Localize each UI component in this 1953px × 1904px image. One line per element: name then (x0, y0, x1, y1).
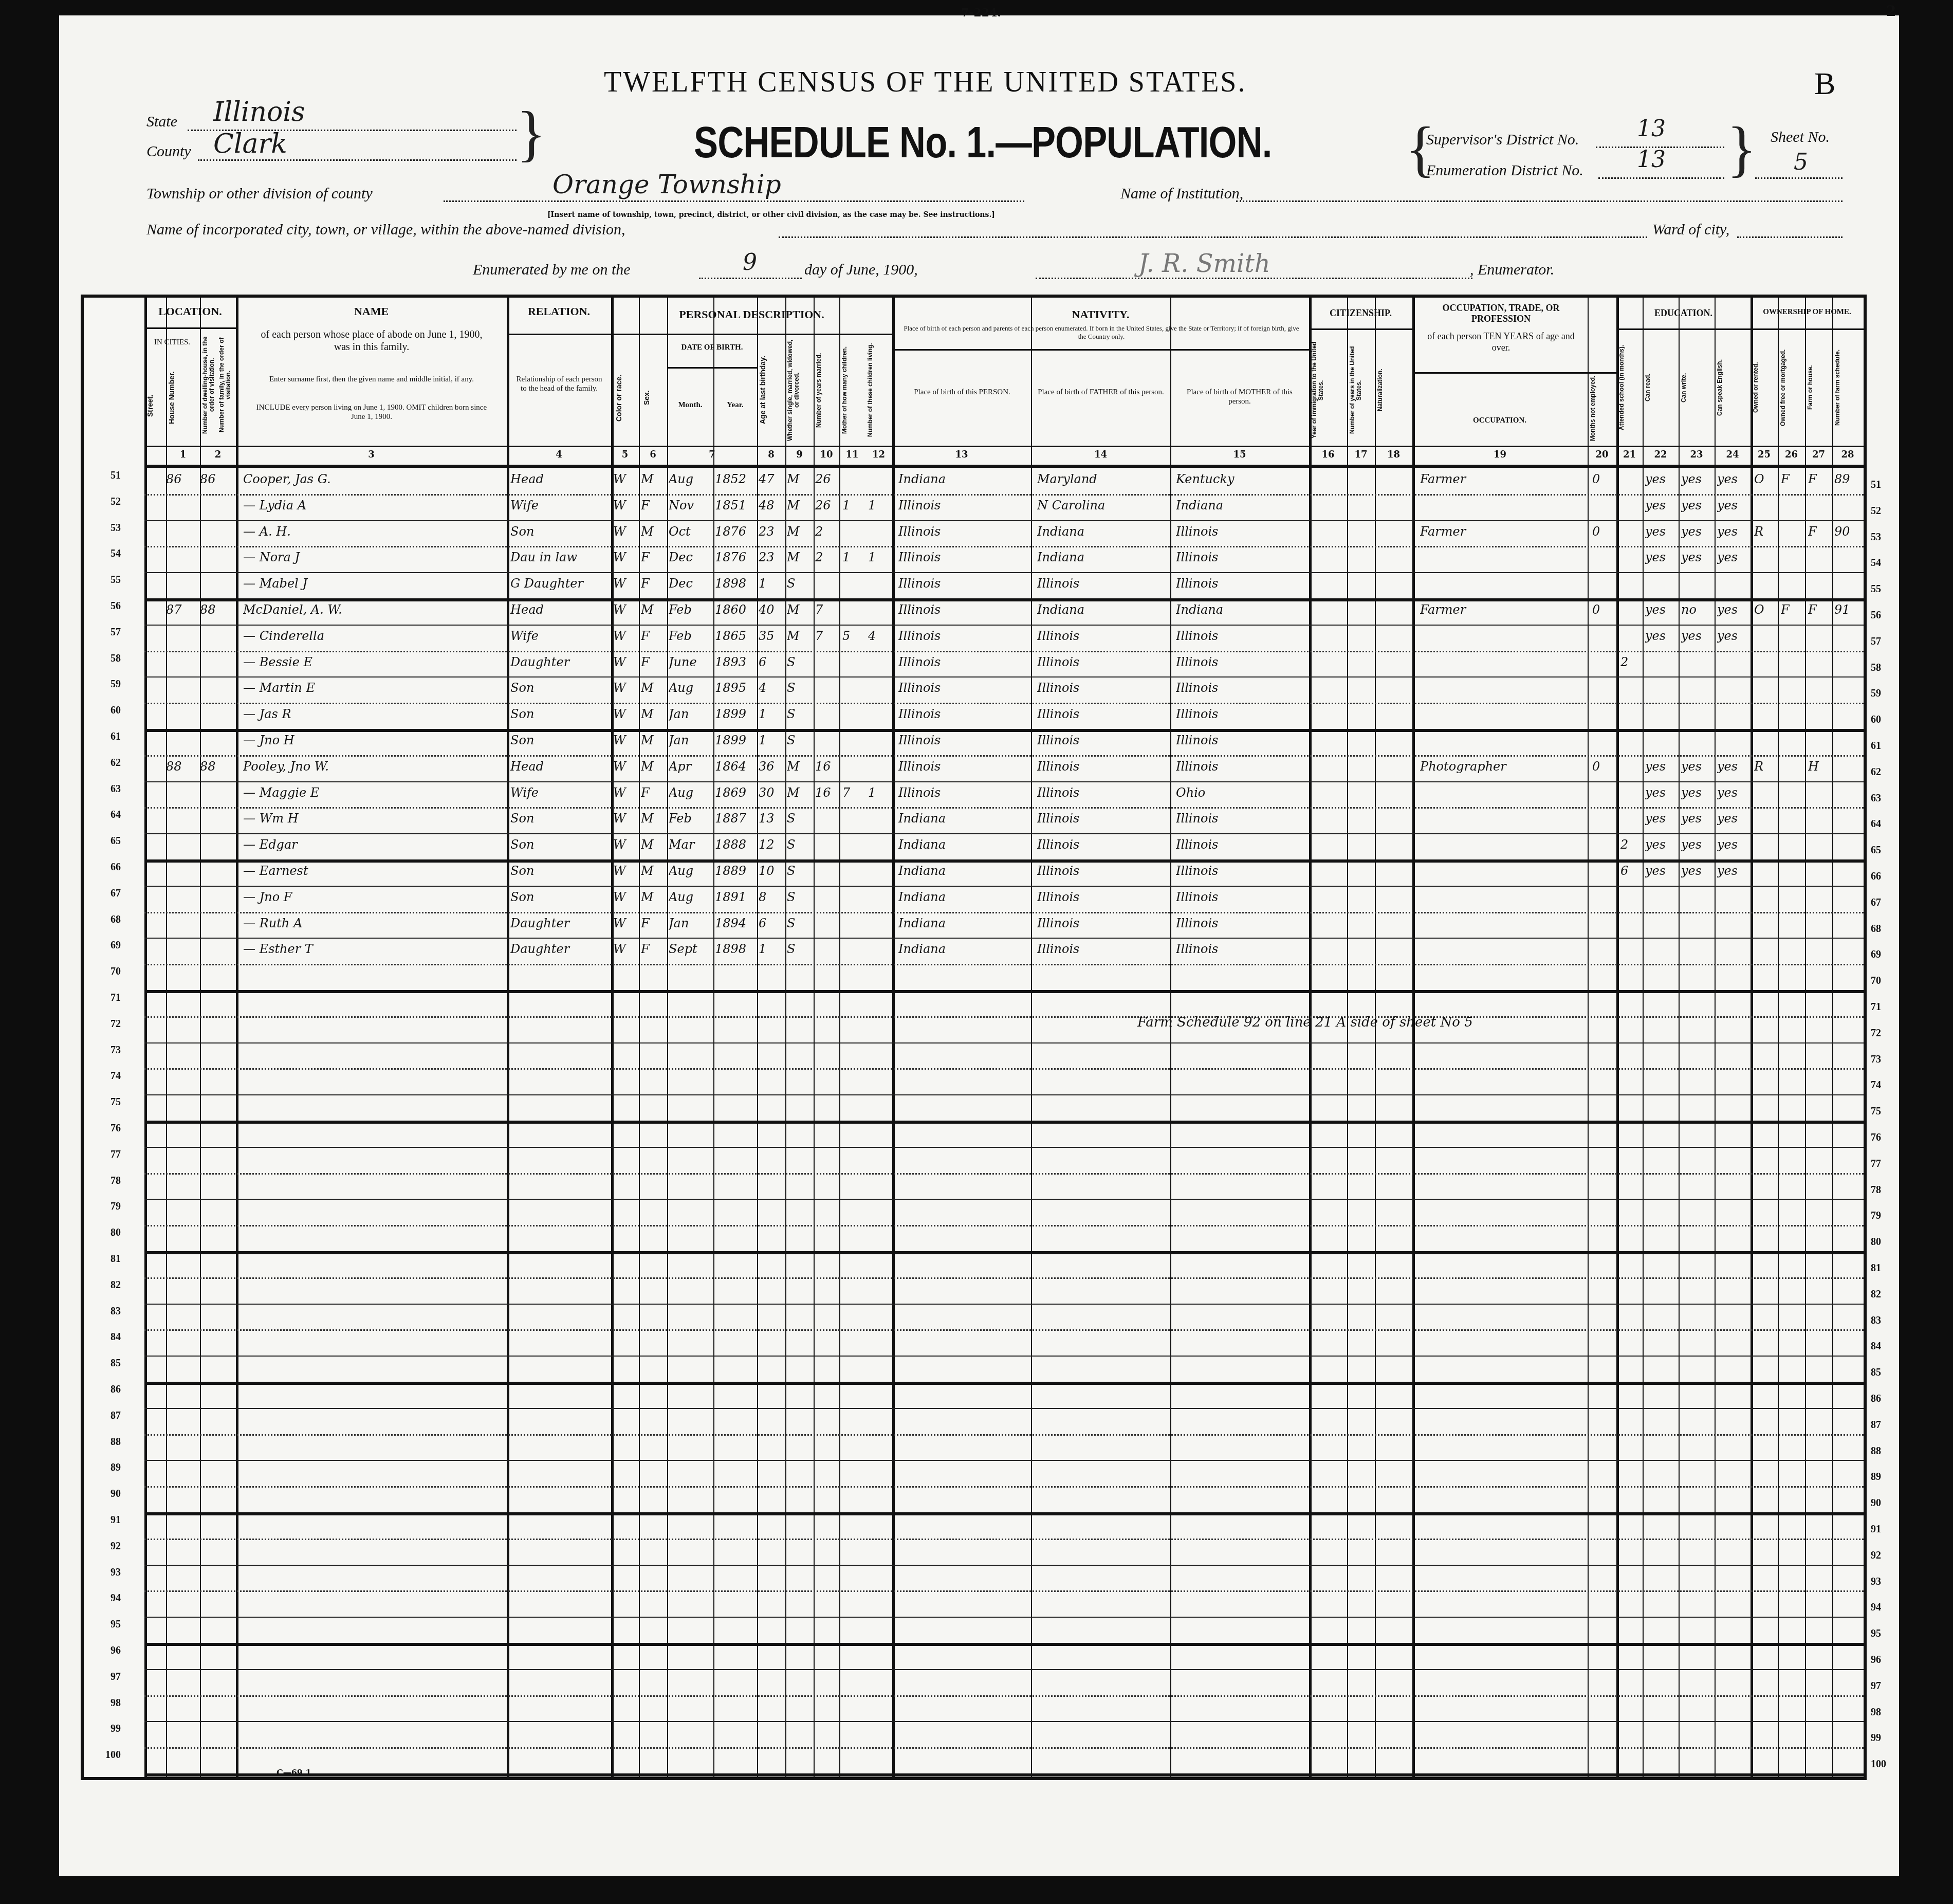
cell-age[interactable]: 4 (759, 681, 784, 695)
cell-year[interactable]: 1893 (715, 655, 756, 669)
cell-pob[interactable]: Illinois (898, 707, 1029, 721)
cell-sex[interactable]: M (641, 681, 667, 695)
cell-name[interactable]: — Esther T (243, 942, 505, 956)
cell-marital[interactable]: M (787, 785, 813, 800)
line-number-left: 95 (90, 1619, 121, 1631)
cell-living[interactable]: 1 (868, 550, 890, 564)
cell-relation[interactable]: Wife (510, 785, 611, 800)
cell-year[interactable]: 1899 (715, 733, 756, 747)
cell-years-married[interactable]: 2 (815, 550, 839, 564)
cell-year[interactable]: 1865 (715, 629, 756, 643)
cell-pob-father[interactable]: Illinois (1037, 576, 1168, 591)
cell-name[interactable]: McDaniel, A. W. (243, 602, 505, 617)
cell-pob[interactable]: Illinois (898, 550, 1029, 564)
cell-read[interactable]: yes (1645, 864, 1677, 878)
cell-pob-father[interactable]: Illinois (1037, 655, 1168, 669)
cell-relation[interactable]: Son (510, 733, 611, 747)
enumeration-value[interactable]: 13 (1637, 147, 1666, 173)
cell-write[interactable]: yes (1681, 629, 1713, 643)
cell-sex[interactable]: M (641, 472, 667, 486)
cell-month[interactable]: Feb (669, 811, 712, 826)
enumerated-day[interactable]: 9 (743, 249, 757, 276)
cell-month[interactable]: Jan (669, 707, 712, 721)
cell-name[interactable]: — Jno F (243, 890, 505, 904)
cell-name[interactable]: Cooper, Jas G. (243, 472, 505, 486)
cell-year[interactable]: 1852 (715, 472, 756, 486)
cell-farm-house[interactable]: F (1808, 472, 1831, 486)
cell-farm-house[interactable]: H (1808, 759, 1831, 774)
cell-age[interactable]: 6 (759, 655, 784, 669)
cell-sex[interactable]: F (641, 629, 667, 643)
cell-pob-mother[interactable]: Illinois (1176, 707, 1307, 721)
cell-marital[interactable]: M (787, 550, 813, 564)
cell-write[interactable]: no (1681, 602, 1713, 617)
cell-pob[interactable]: Indiana (898, 890, 1029, 904)
cell-read[interactable]: yes (1645, 602, 1677, 617)
cell-english[interactable]: yes (1717, 498, 1749, 512)
cell-name[interactable]: Pooley, Jno W. (243, 759, 505, 774)
cell-pob-father[interactable]: Illinois (1037, 733, 1168, 747)
cell-color[interactable]: W (613, 576, 639, 591)
cell-pob-mother[interactable]: Illinois (1176, 890, 1307, 904)
cell-dwelling[interactable]: 88 (166, 759, 200, 774)
cell-pob-father[interactable]: Indiana (1037, 550, 1168, 564)
cell-pob-mother[interactable]: Illinois (1176, 916, 1307, 930)
cell-age[interactable]: 8 (759, 890, 784, 904)
cell-pob[interactable]: Illinois (898, 524, 1029, 539)
cell-name[interactable]: — Lydia A (243, 498, 505, 512)
cell-name[interactable]: — Bessie E (243, 655, 505, 669)
cell-read[interactable]: yes (1645, 498, 1677, 512)
cell-month[interactable]: Apr (669, 759, 712, 774)
cell-pob[interactable]: Illinois (898, 759, 1029, 774)
cell-pob-mother[interactable]: Illinois (1176, 811, 1307, 826)
cell-name[interactable]: — Edgar (243, 837, 505, 852)
cell-english[interactable]: yes (1717, 550, 1749, 564)
cell-color[interactable]: W (613, 472, 639, 486)
cell-sex[interactable]: M (641, 602, 667, 617)
cell-english[interactable]: yes (1717, 837, 1749, 852)
cell-age[interactable]: 23 (759, 524, 784, 539)
cell-month[interactable]: Aug (669, 890, 712, 904)
cell-month[interactable]: Mar (669, 837, 712, 852)
cell-pob[interactable]: Illinois (898, 681, 1029, 695)
cell-pob-mother[interactable]: Illinois (1176, 837, 1307, 852)
cell-pob[interactable]: Illinois (898, 576, 1029, 591)
cell-sex[interactable]: M (641, 707, 667, 721)
cell-year[interactable]: 1864 (715, 759, 756, 774)
cell-name[interactable]: — Mabel J (243, 576, 505, 591)
cell-pob[interactable]: Indiana (898, 864, 1029, 878)
county-value[interactable]: Clark (213, 129, 287, 159)
cell-english[interactable]: yes (1717, 811, 1749, 826)
cell-sex[interactable]: F (641, 576, 667, 591)
cell-write[interactable]: yes (1681, 785, 1713, 800)
cell-pob-mother[interactable]: Illinois (1176, 864, 1307, 878)
cell-year[interactable]: 1891 (715, 890, 756, 904)
cell-write[interactable]: yes (1681, 498, 1713, 512)
cell-pob-father[interactable]: Indiana (1037, 602, 1168, 617)
cell-year[interactable]: 1888 (715, 837, 756, 852)
cell-year[interactable]: 1895 (715, 681, 756, 695)
cell-farm-schedule[interactable]: 91 (1834, 602, 1862, 617)
cell-month[interactable]: Nov (669, 498, 712, 512)
cell-name[interactable]: — A. H. (243, 524, 505, 539)
cell-color[interactable]: W (613, 498, 639, 512)
cell-year[interactable]: 1898 (715, 942, 756, 956)
cell-years-married[interactable]: 7 (815, 629, 839, 643)
cell-owned-rented[interactable]: O (1754, 602, 1777, 617)
enumerator-signature[interactable]: J. R. Smith (1138, 249, 1270, 278)
cell-month[interactable]: Feb (669, 629, 712, 643)
cell-relation[interactable]: Dau in law (510, 550, 611, 564)
cell-relation[interactable]: Son (510, 890, 611, 904)
cell-relation[interactable]: Head (510, 472, 611, 486)
cell-mother-of[interactable]: 5 (842, 629, 864, 643)
cell-pob-father[interactable]: Maryland (1037, 472, 1168, 486)
cell-color[interactable]: W (613, 550, 639, 564)
cell-read[interactable]: yes (1645, 524, 1677, 539)
cell-name[interactable]: — Ruth A (243, 916, 505, 930)
cell-marital[interactable]: S (787, 890, 813, 904)
cell-sex[interactable]: M (641, 837, 667, 852)
cell-month[interactable]: Dec (669, 550, 712, 564)
cell-occupation[interactable]: Photographer (1420, 759, 1584, 774)
cell-color[interactable]: W (613, 811, 639, 826)
cell-pob-mother[interactable]: Illinois (1176, 733, 1307, 747)
cell-english[interactable]: yes (1717, 602, 1749, 617)
cell-year[interactable]: 1851 (715, 498, 756, 512)
cell-age[interactable]: 36 (759, 759, 784, 774)
cell-months-unemployed[interactable]: 0 (1592, 759, 1615, 774)
cell-month[interactable]: Jan (669, 916, 712, 930)
cell-occupation[interactable]: Farmer (1420, 524, 1584, 539)
cell-color[interactable]: W (613, 759, 639, 774)
cell-marital[interactable]: S (787, 942, 813, 956)
cell-name[interactable]: — Earnest (243, 864, 505, 878)
cell-pob[interactable]: Illinois (898, 498, 1029, 512)
cell-read[interactable]: yes (1645, 550, 1677, 564)
cell-pob-mother[interactable]: Illinois (1176, 550, 1307, 564)
cell-age[interactable]: 1 (759, 707, 784, 721)
cell-age[interactable]: 1 (759, 733, 784, 747)
cell-sex[interactable]: F (641, 498, 667, 512)
cell-pob[interactable]: Illinois (898, 602, 1029, 617)
cell-age[interactable]: 48 (759, 498, 784, 512)
cell-sex[interactable]: M (641, 733, 667, 747)
cell-write[interactable]: yes (1681, 864, 1713, 878)
cell-sex[interactable]: M (641, 811, 667, 826)
cell-occupation[interactable]: Farmer (1420, 602, 1584, 617)
cell-english[interactable]: yes (1717, 472, 1749, 486)
cell-month[interactable]: Oct (669, 524, 712, 539)
cell-pob-father[interactable]: Illinois (1037, 681, 1168, 695)
line-number-left: 54 (90, 548, 121, 560)
cell-year[interactable]: 1889 (715, 864, 756, 878)
cell-sex[interactable]: F (641, 655, 667, 669)
cell-relation[interactable]: Daughter (510, 942, 611, 956)
cell-family[interactable]: 88 (200, 759, 236, 774)
cell-age[interactable]: 47 (759, 472, 784, 486)
cell-relation[interactable]: Son (510, 524, 611, 539)
cell-pob[interactable]: Indiana (898, 837, 1029, 852)
cell-marital[interactable]: M (787, 759, 813, 774)
cell-name[interactable]: — Martin E (243, 681, 505, 695)
cell-month[interactable]: Feb (669, 602, 712, 617)
cell-year[interactable]: 1894 (715, 916, 756, 930)
cell-english[interactable]: yes (1717, 785, 1749, 800)
cell-pob-father[interactable]: Indiana (1037, 524, 1168, 539)
cell-marital[interactable]: S (787, 811, 813, 826)
cell-marital[interactable]: S (787, 733, 813, 747)
cell-years-married[interactable]: 2 (815, 524, 839, 539)
cell-farm-house[interactable]: F (1808, 602, 1831, 617)
cell-read[interactable]: yes (1645, 472, 1677, 486)
cell-name[interactable]: — Jno H (243, 733, 505, 747)
cell-relation[interactable]: Son (510, 681, 611, 695)
cell-color[interactable]: W (613, 916, 639, 930)
cell-english[interactable]: yes (1717, 629, 1749, 643)
cell-mother-of[interactable]: 1 (842, 550, 864, 564)
cell-pob-father[interactable]: Illinois (1037, 890, 1168, 904)
cell-age[interactable]: 1 (759, 576, 784, 591)
cell-relation[interactable]: Wife (510, 629, 611, 643)
cell-age[interactable]: 35 (759, 629, 784, 643)
cell-relation[interactable]: Son (510, 707, 611, 721)
cell-marital[interactable]: S (787, 864, 813, 878)
cell-pob[interactable]: Indiana (898, 942, 1029, 956)
cell-color[interactable]: W (613, 524, 639, 539)
cell-sex[interactable]: F (641, 916, 667, 930)
cell-age[interactable]: 13 (759, 811, 784, 826)
cell-pob-father[interactable]: Illinois (1037, 785, 1168, 800)
state-value[interactable]: Illinois (213, 97, 305, 127)
cell-year[interactable]: 1887 (715, 811, 756, 826)
cell-read[interactable]: yes (1645, 785, 1677, 800)
cell-sex[interactable]: F (641, 550, 667, 564)
cell-dwelling[interactable]: 87 (166, 602, 200, 617)
cell-age[interactable]: 30 (759, 785, 784, 800)
cell-owned-rented[interactable]: O (1754, 472, 1777, 486)
cell-pob-father[interactable]: Illinois (1037, 916, 1168, 930)
cell-pob[interactable]: Indiana (898, 916, 1029, 930)
cell-pob[interactable]: Illinois (898, 733, 1029, 747)
line-number-right: 96 (1871, 1654, 1902, 1666)
cell-pob-mother[interactable]: Illinois (1176, 759, 1307, 774)
cell-year[interactable]: 1860 (715, 602, 756, 617)
cell-living[interactable]: 4 (868, 629, 890, 643)
cell-relation[interactable]: Daughter (510, 916, 611, 930)
cell-month[interactable]: Aug (669, 681, 712, 695)
cell-school[interactable]: 2 (1620, 837, 1641, 852)
cell-years-married[interactable]: 7 (815, 602, 839, 617)
cell-month[interactable]: Aug (669, 472, 712, 486)
cell-month[interactable]: Jan (669, 733, 712, 747)
cell-sex[interactable]: F (641, 785, 667, 800)
cell-year[interactable]: 1898 (715, 576, 756, 591)
cell-pob[interactable]: Illinois (898, 785, 1029, 800)
cell-age[interactable]: 40 (759, 602, 784, 617)
cell-relation[interactable]: G Daughter (510, 576, 611, 591)
cell-color[interactable]: W (613, 681, 639, 695)
cell-pob[interactable]: Indiana (898, 472, 1029, 486)
cell-year[interactable]: 1876 (715, 550, 756, 564)
cell-living[interactable]: 1 (868, 785, 890, 800)
cell-pob[interactable]: Illinois (898, 655, 1029, 669)
cell-name[interactable]: — Cinderella (243, 629, 505, 643)
cell-english[interactable]: yes (1717, 864, 1749, 878)
cell-pob-father[interactable]: Illinois (1037, 707, 1168, 721)
cell-read[interactable]: yes (1645, 759, 1677, 774)
cell-marital[interactable]: S (787, 681, 813, 695)
cell-color[interactable]: W (613, 655, 639, 669)
cell-color[interactable]: W (613, 837, 639, 852)
cell-english[interactable]: yes (1717, 524, 1749, 539)
cell-age[interactable]: 6 (759, 916, 784, 930)
cell-write[interactable]: yes (1681, 759, 1713, 774)
cell-write[interactable]: yes (1681, 524, 1713, 539)
cell-months-unemployed[interactable]: 0 (1592, 472, 1615, 486)
cell-owned-rented[interactable]: R (1754, 759, 1777, 774)
cell-sex[interactable]: M (641, 890, 667, 904)
colnum: 20 (1588, 449, 1616, 460)
cell-marital[interactable]: M (787, 629, 813, 643)
cell-age[interactable]: 12 (759, 837, 784, 852)
sheet-value[interactable]: 5 (1794, 149, 1808, 175)
cell-month[interactable]: Sept (669, 942, 712, 956)
cell-farm-schedule[interactable]: 89 (1834, 472, 1862, 486)
cell-marital[interactable]: S (787, 707, 813, 721)
cell-pob-mother[interactable]: Ohio (1176, 785, 1307, 800)
cell-pob[interactable]: Illinois (898, 629, 1029, 643)
cell-pob-father[interactable]: Illinois (1037, 759, 1168, 774)
cell-pob-father[interactable]: N Carolina (1037, 498, 1168, 512)
cell-mother-of[interactable]: 7 (842, 785, 864, 800)
cell-family[interactable]: 86 (200, 472, 236, 486)
cell-school[interactable]: 2 (1620, 655, 1641, 669)
cell-color[interactable]: W (613, 864, 639, 878)
township-value[interactable]: Orange Township (552, 170, 781, 199)
cell-pob-mother[interactable]: Illinois (1176, 655, 1307, 669)
cell-english[interactable]: yes (1717, 759, 1749, 774)
cell-pob-mother[interactable]: Indiana (1176, 498, 1307, 512)
cell-farm-schedule[interactable]: 90 (1834, 524, 1862, 539)
cell-write[interactable]: yes (1681, 837, 1713, 852)
cell-family[interactable]: 88 (200, 602, 236, 617)
cell-write[interactable]: yes (1681, 811, 1713, 826)
cell-marital[interactable]: S (787, 837, 813, 852)
cell-year[interactable]: 1899 (715, 707, 756, 721)
cell-color[interactable]: W (613, 629, 639, 643)
cell-sex[interactable]: M (641, 864, 667, 878)
cell-read[interactable]: yes (1645, 837, 1677, 852)
cell-sex[interactable]: F (641, 942, 667, 956)
cell-pob-father[interactable]: Illinois (1037, 811, 1168, 826)
cell-dwelling[interactable]: 86 (166, 472, 200, 486)
cell-marital[interactable]: M (787, 524, 813, 539)
cell-sex[interactable]: M (641, 524, 667, 539)
cell-pob[interactable]: Indiana (898, 811, 1029, 826)
supervisor-value[interactable]: 13 (1637, 116, 1666, 142)
cell-years-married[interactable]: 16 (815, 759, 839, 774)
cell-name[interactable]: — Nora J (243, 550, 505, 564)
cell-write[interactable]: yes (1681, 550, 1713, 564)
cell-pob-mother[interactable]: Illinois (1176, 629, 1307, 643)
cell-color[interactable]: W (613, 602, 639, 617)
cell-relation[interactable]: Son (510, 837, 611, 852)
cell-relation[interactable]: Head (510, 602, 611, 617)
cell-free-mortgaged[interactable]: F (1781, 602, 1803, 617)
cell-name[interactable]: — Maggie E (243, 785, 505, 800)
cell-write[interactable]: yes (1681, 472, 1713, 486)
cell-marital[interactable]: S (787, 655, 813, 669)
cell-marital[interactable]: M (787, 472, 813, 486)
cell-pob-father[interactable]: Illinois (1037, 629, 1168, 643)
cell-pob-mother[interactable]: Illinois (1176, 576, 1307, 591)
cell-marital[interactable]: M (787, 602, 813, 617)
cell-read[interactable]: yes (1645, 811, 1677, 826)
cell-marital[interactable]: S (787, 576, 813, 591)
cell-free-mortgaged[interactable]: F (1781, 472, 1803, 486)
cell-age[interactable]: 23 (759, 550, 784, 564)
cell-month[interactable]: June (669, 655, 712, 669)
cell-relation[interactable]: Daughter (510, 655, 611, 669)
cell-pob-mother[interactable]: Indiana (1176, 602, 1307, 617)
cell-pob-father[interactable]: Illinois (1037, 837, 1168, 852)
cell-relation[interactable]: Son (510, 864, 611, 878)
cell-owned-rented[interactable]: R (1754, 524, 1777, 539)
cell-sex[interactable]: M (641, 759, 667, 774)
cell-month[interactable]: Aug (669, 864, 712, 878)
cell-years-married[interactable]: 26 (815, 498, 839, 512)
cell-color[interactable]: W (613, 733, 639, 747)
cell-year[interactable]: 1876 (715, 524, 756, 539)
cell-school[interactable]: 6 (1620, 864, 1641, 878)
cell-living[interactable]: 1 (868, 498, 890, 512)
cell-month[interactable]: Aug (669, 785, 712, 800)
cell-pob-mother[interactable]: Illinois (1176, 942, 1307, 956)
cell-relation[interactable]: Head (510, 759, 611, 774)
cell-marital[interactable]: M (787, 498, 813, 512)
cell-relation[interactable]: Wife (510, 498, 611, 512)
cell-years-married[interactable]: 26 (815, 472, 839, 486)
cell-months-unemployed[interactable]: 0 (1592, 524, 1615, 539)
cell-pob-mother[interactable]: Kentucky (1176, 472, 1307, 486)
cell-months-unemployed[interactable]: 0 (1592, 602, 1615, 617)
cell-read[interactable]: yes (1645, 629, 1677, 643)
cell-color[interactable]: W (613, 890, 639, 904)
cell-mother-of[interactable]: 1 (842, 498, 864, 512)
cell-name[interactable]: — Wm H (243, 811, 505, 826)
cell-age[interactable]: 1 (759, 942, 784, 956)
cell-year[interactable]: 1869 (715, 785, 756, 800)
cell-pob-father[interactable]: Illinois (1037, 942, 1168, 956)
cell-color[interactable]: W (613, 942, 639, 956)
cell-color[interactable]: W (613, 707, 639, 721)
cell-pob-mother[interactable]: Illinois (1176, 681, 1307, 695)
cell-pob-father[interactable]: Illinois (1037, 864, 1168, 878)
cell-age[interactable]: 10 (759, 864, 784, 878)
cell-color[interactable]: W (613, 785, 639, 800)
cell-farm-house[interactable]: F (1808, 524, 1831, 539)
cell-marital[interactable]: S (787, 916, 813, 930)
cell-pob-mother[interactable]: Illinois (1176, 524, 1307, 539)
cell-month[interactable]: Dec (669, 576, 712, 591)
cell-years-married[interactable]: 16 (815, 785, 839, 800)
cell-name[interactable]: — Jas R (243, 707, 505, 721)
cell-occupation[interactable]: Farmer (1420, 472, 1584, 486)
cell-relation[interactable]: Son (510, 811, 611, 826)
